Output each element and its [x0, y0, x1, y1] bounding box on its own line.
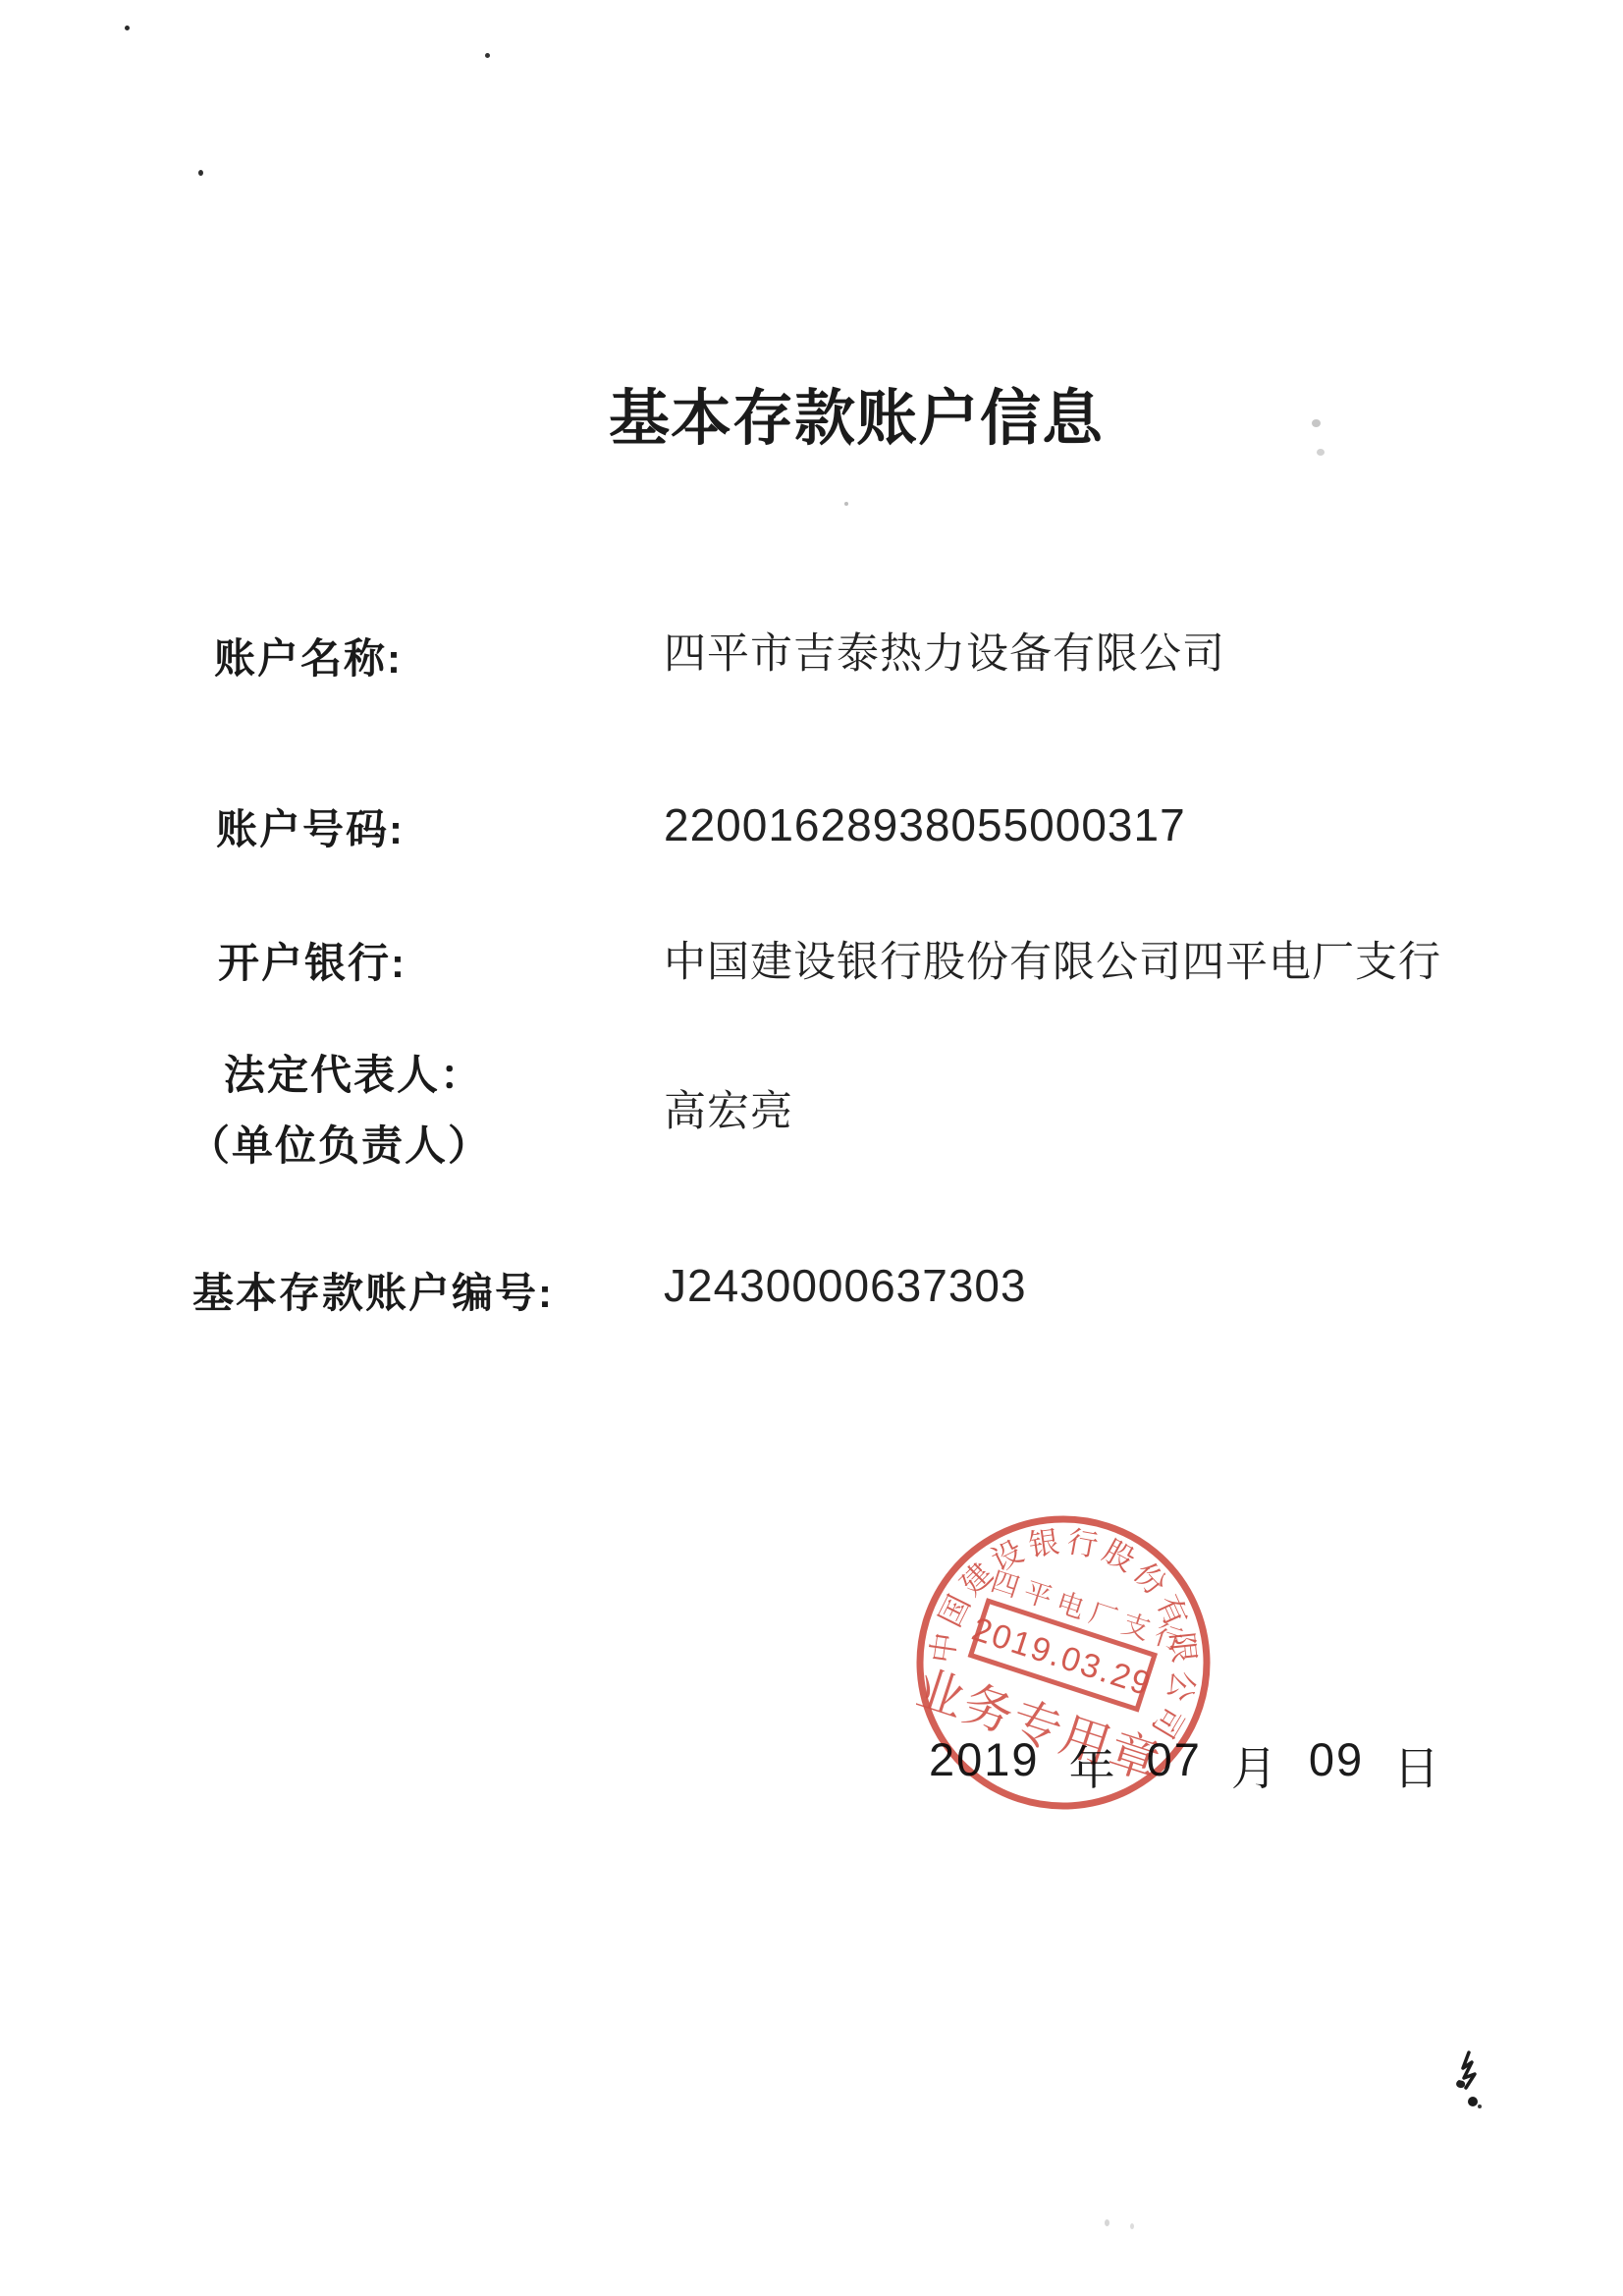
ink-speck: [125, 26, 130, 30]
scan-smudge: [844, 502, 848, 506]
account-name-value: 四平市吉泰热力设备有限公司: [664, 621, 1225, 681]
account-number-label: 账户号码:: [216, 797, 405, 856]
page-title: 基本存款账户信息: [609, 369, 1104, 457]
bank-name-label: 开户银行:: [218, 931, 406, 990]
scan-smudge: [1312, 419, 1321, 427]
issue-date-month-unit: 月: [1231, 1732, 1279, 1798]
bank-name-value: 中国建设银行股份有限公司四平电厂支行: [664, 929, 1441, 989]
bank-seal-group: 中国建设银行股份有限公司 四平电厂支行 2019.03.29 业务专用章: [916, 1515, 1211, 1810]
basic-account-id-value: J2430000637303: [664, 1259, 1027, 1312]
account-name-label: 账户名称:: [214, 627, 403, 685]
unit-head-label: （单位负责人）: [189, 1114, 491, 1173]
scan-smudge: [1105, 2219, 1109, 2226]
ink-speck: [198, 170, 203, 176]
scan-smudge: [1317, 449, 1325, 456]
basic-account-id-label: 基本存款账户编号:: [192, 1261, 554, 1320]
bank-seal-stamp: 中国建设银行股份有限公司 四平电厂支行 2019.03.29 业务专用章: [916, 1515, 1211, 1810]
ink-blot: [1449, 2050, 1488, 2121]
legal-representative-label: 法定代表人：: [224, 1043, 483, 1102]
scan-smudge: [1130, 2223, 1134, 2229]
legal-representative-value: 高宏亮: [664, 1078, 793, 1138]
issue-date-day-unit: 日: [1393, 1732, 1441, 1798]
issue-date-day: 09: [1309, 1732, 1364, 1798]
ink-speck: [485, 53, 490, 58]
account-number-value: 22001628938055000317: [664, 798, 1186, 851]
